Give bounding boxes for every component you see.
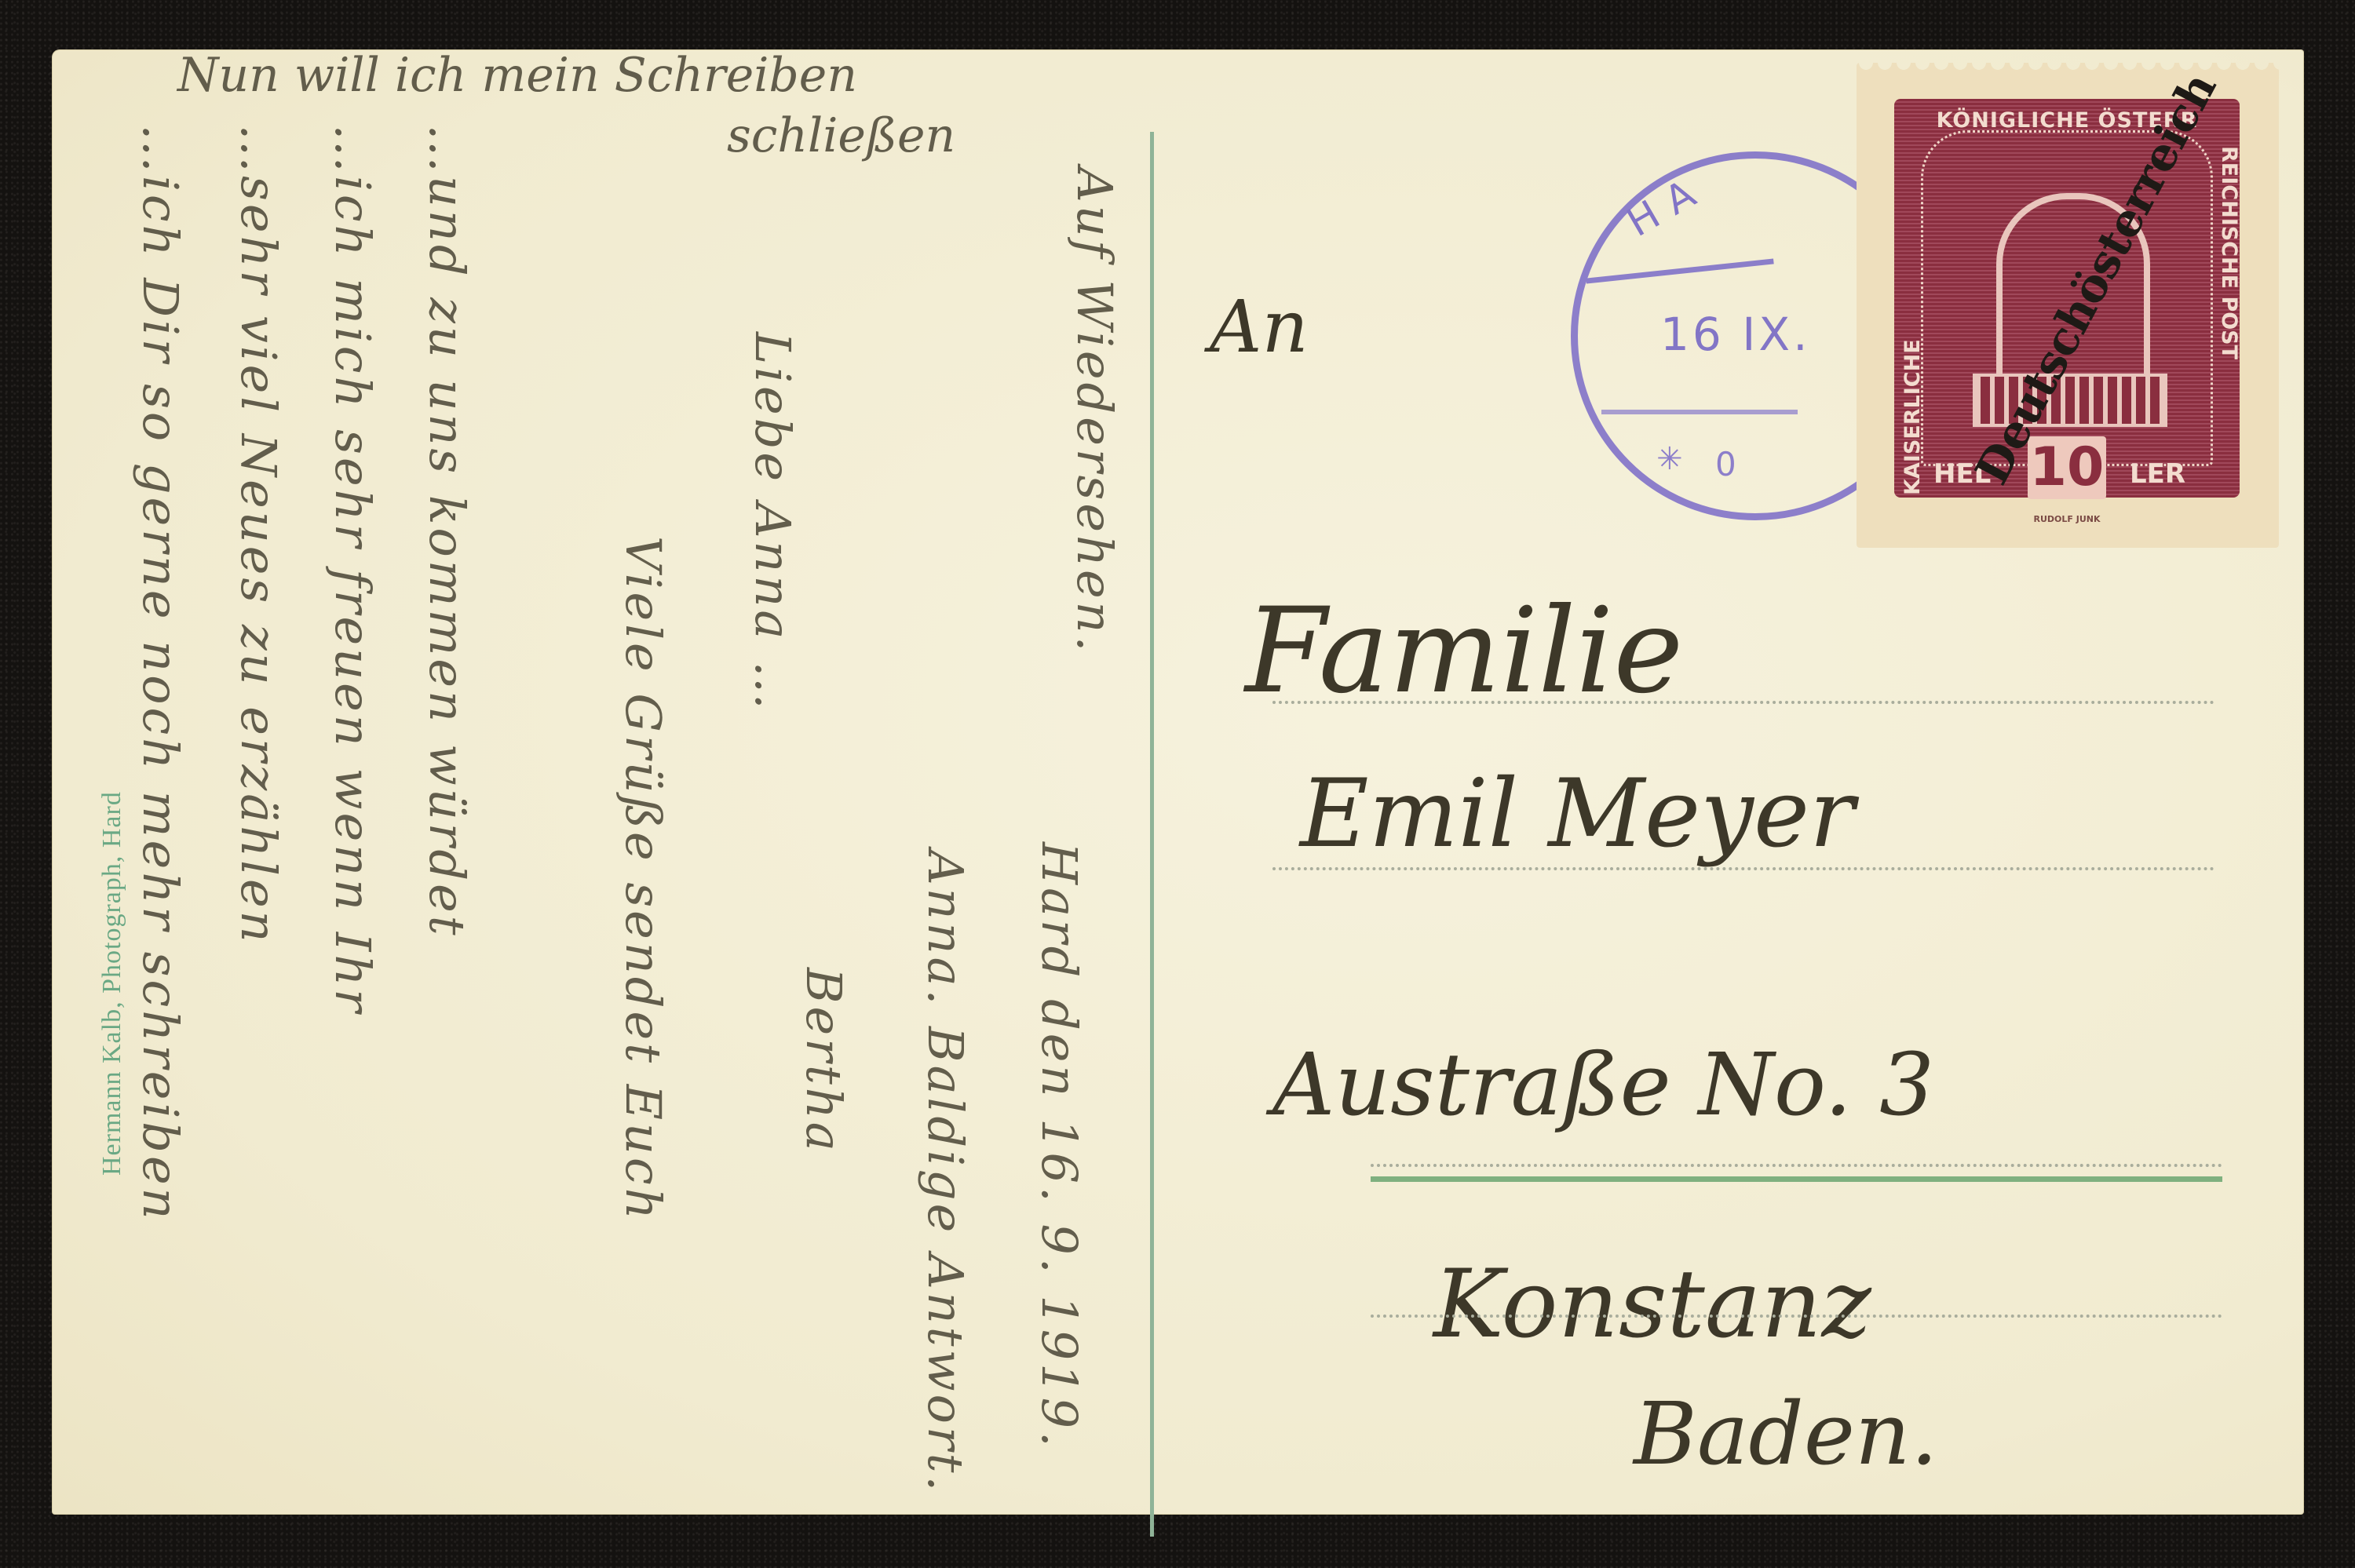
postcard: Hermann Kalb, Photograph, Hard Nun will … xyxy=(52,49,2304,1515)
message-column: …und zu uns kommen würdet xyxy=(418,124,476,939)
address-dotted-rule xyxy=(1272,701,2214,704)
stamp-denomination: 10 xyxy=(2028,436,2106,499)
publisher-imprint: Hermann Kalb, Photograph, Hard xyxy=(97,791,127,1176)
center-divider-line xyxy=(1150,132,1154,1537)
address-green-rule xyxy=(1371,1176,2222,1182)
address-dotted-rule xyxy=(1272,867,2214,870)
farewell-line: Auf Wiedersehen. xyxy=(1066,167,1123,655)
address-line-name: Emil Meyer xyxy=(1300,760,1854,869)
address-dotted-rule xyxy=(1371,1164,2222,1167)
message-column: …ich mich sehr freuen wenn Ihr xyxy=(324,124,382,1016)
message-column: Liebe Anna … xyxy=(744,332,801,713)
postmark-bar xyxy=(1601,410,1798,414)
stamp-engraver: RUDOLF JUNK xyxy=(1894,514,2240,524)
signature-bertha: Bertha xyxy=(795,968,853,1154)
postage-stamp: KÖNIGLICHE ÖSTERR KAISERLICHE REICHISCHE… xyxy=(1857,63,2279,548)
postmark-star-icon: ✳ xyxy=(1656,441,1683,477)
address-line-region: Baden. xyxy=(1634,1384,1938,1484)
address-line-street: Austraße No. 3 xyxy=(1272,1034,1934,1135)
stamp-design: KÖNIGLICHE ÖSTERR KAISERLICHE REICHISCHE… xyxy=(1894,99,2240,498)
stamp-text-left: KAISERLICHE xyxy=(1900,339,1925,495)
message-column: Viele Grüße sendet Euch xyxy=(615,536,672,1223)
postmark-date: 16 IX. xyxy=(1660,308,1811,361)
message-column: …ich Dir so gerne noch mehr schreiben xyxy=(132,124,189,1223)
stamp-unit-right: LER xyxy=(2130,458,2185,490)
address-line-city: Konstanz xyxy=(1433,1250,1871,1359)
address-salutation: An xyxy=(1210,285,1309,369)
postmark-bar xyxy=(1586,258,1773,283)
date-line: Hard den 16. 9. 1919. xyxy=(1031,842,1088,1450)
postmark-town: HA xyxy=(1619,164,1715,246)
address-dotted-rule xyxy=(1371,1315,2222,1318)
postmark-number: 0 xyxy=(1715,445,1736,483)
address-line-familie: Familie xyxy=(1245,583,1683,720)
message-top-line-2: schließen xyxy=(727,108,955,163)
message-column: …sehr viel Neues zu erzählen xyxy=(230,124,287,946)
signature-anna-closing: Anna. Baldige Antwort. xyxy=(917,850,974,1494)
message-top-line-1: Nun will ich mein Schreiben xyxy=(177,48,857,103)
stamp-text-right: REICHISCHE POST xyxy=(2217,146,2241,359)
